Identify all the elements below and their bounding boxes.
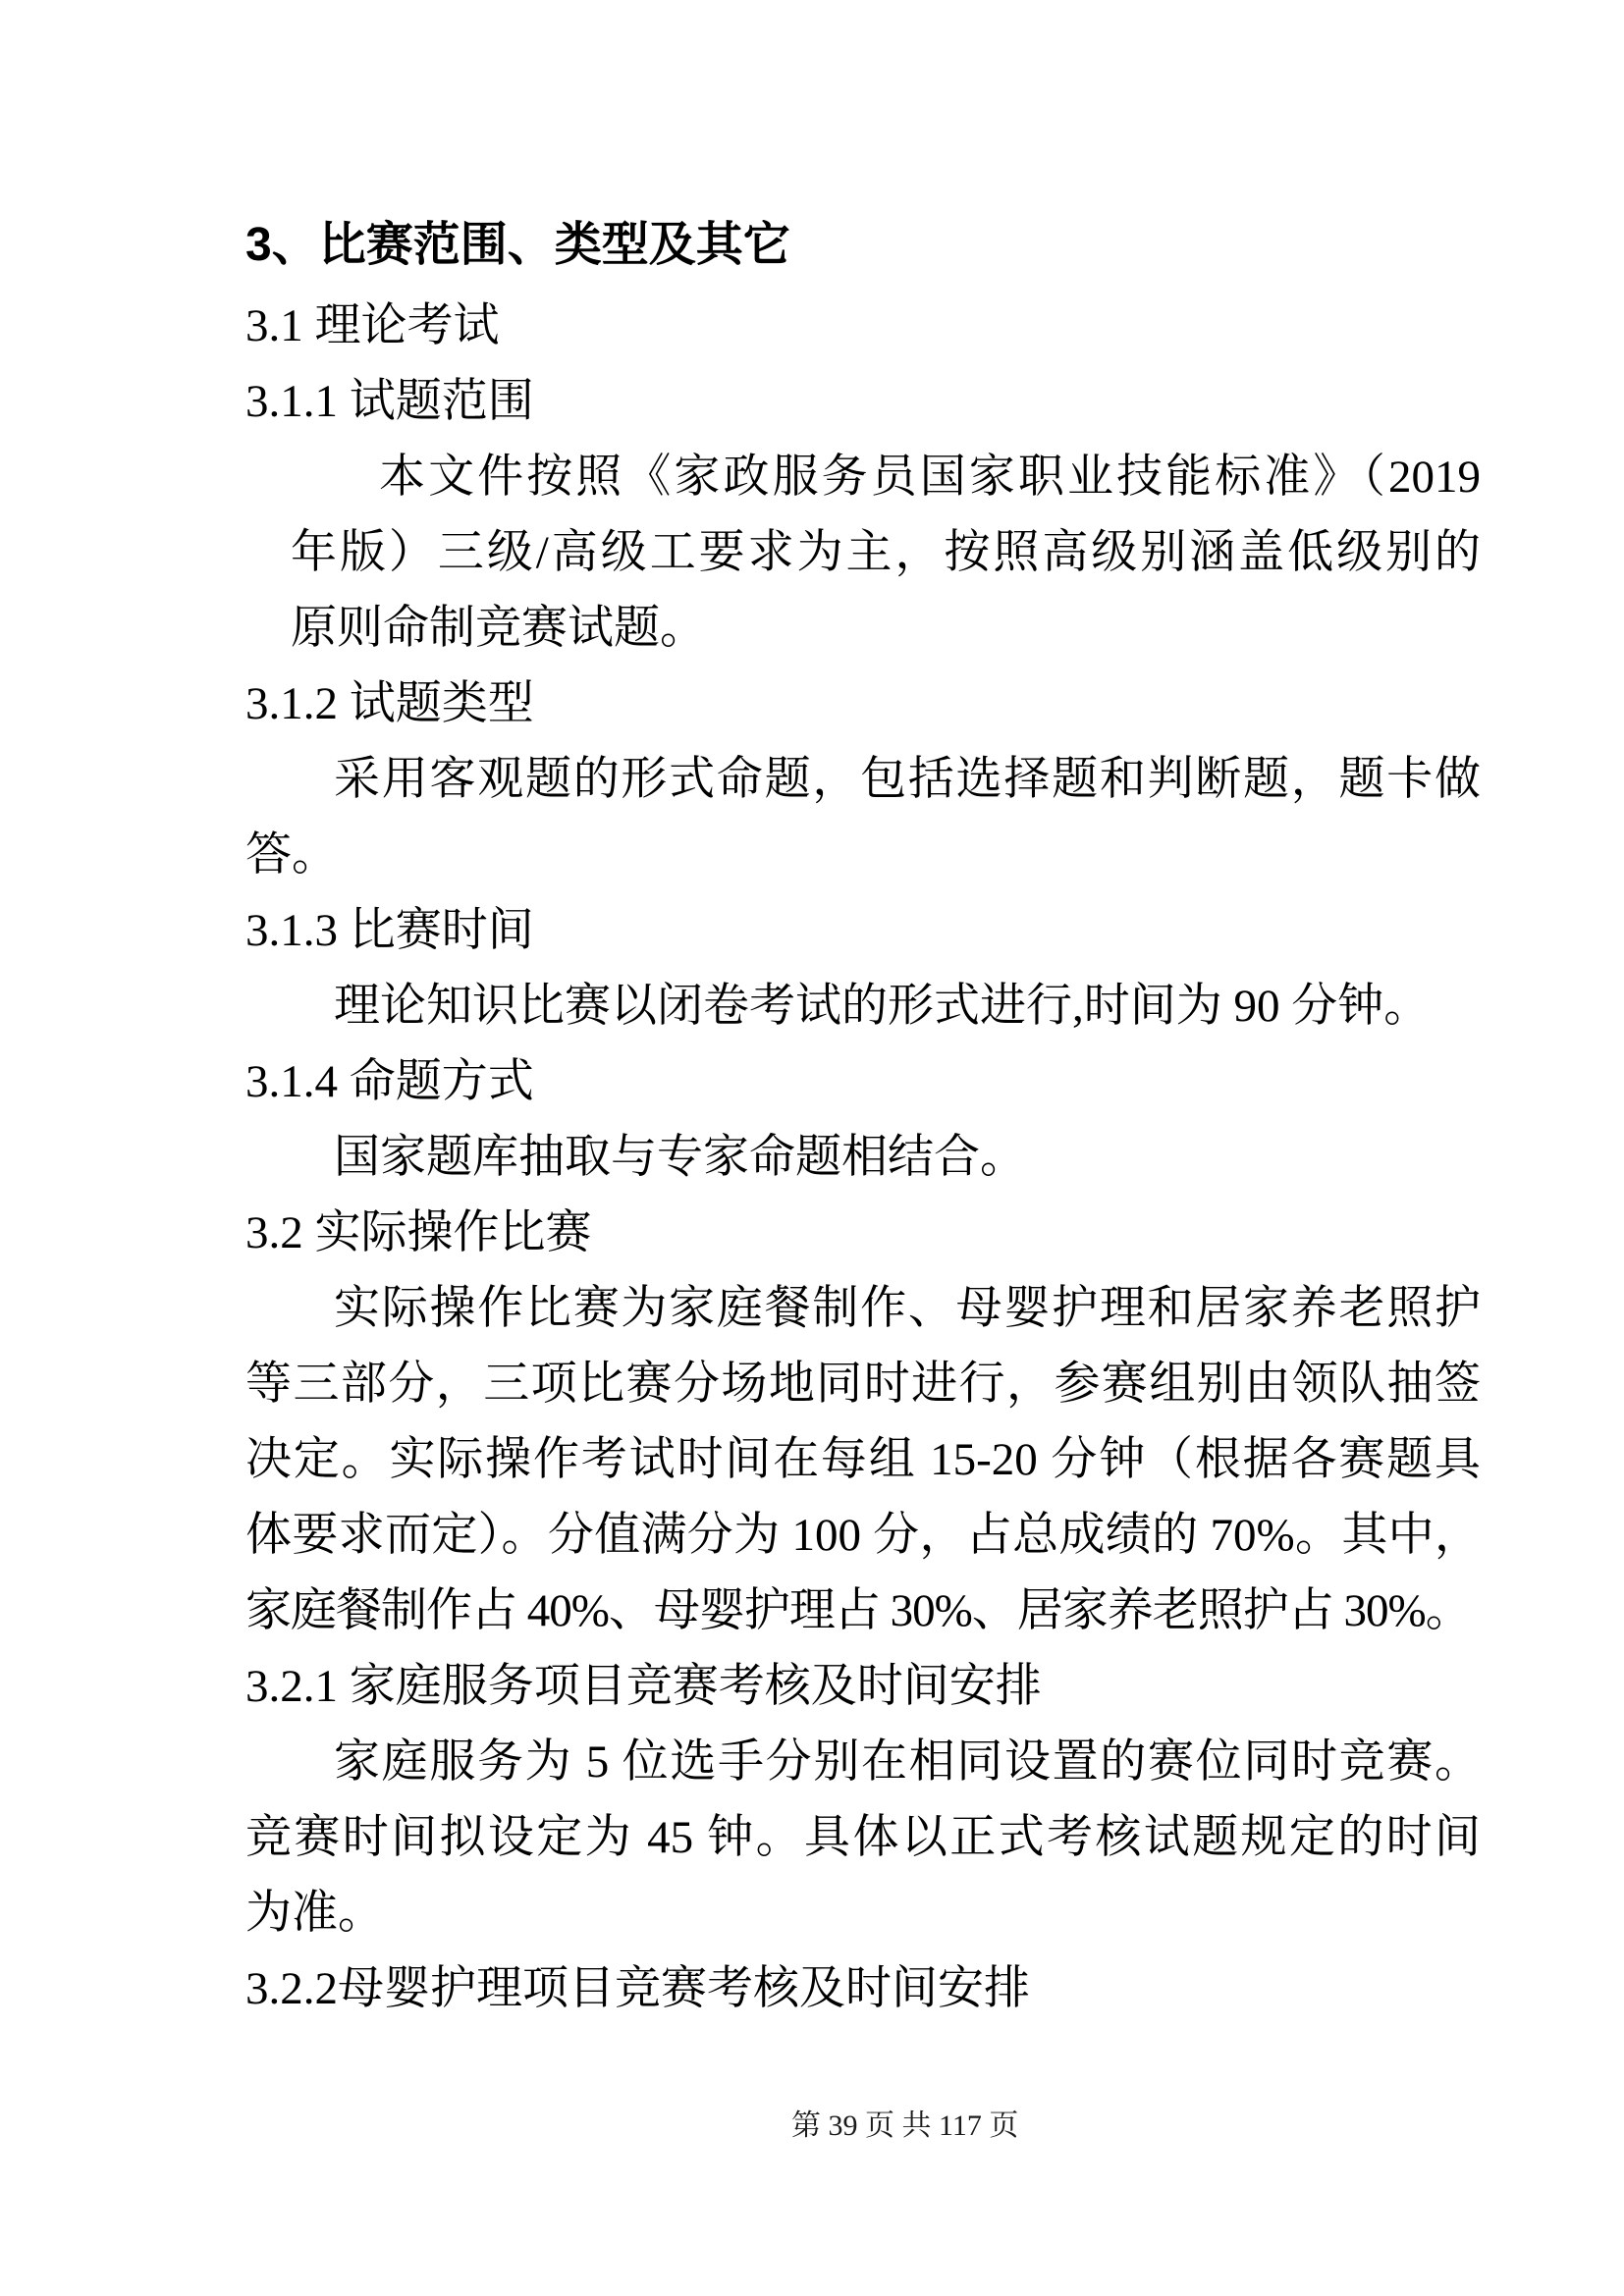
paragraph-line: 本文件按照《家政服务员国家职业技能标准》（2019 — [245, 440, 1481, 515]
document-page: 3、比赛范围、类型及其它 3.1 理论考试 3.1.1 试题范围 本文件按照《家… — [0, 0, 1624, 2296]
paragraph-line: 等三部分，三项比赛分场地同时进行，参赛组别由领队抽签 — [245, 1347, 1481, 1422]
paragraph-line: 决定。实际操作考试时间在每组 15-20 分钟（根据各赛题具 — [245, 1422, 1481, 1498]
section-heading-3-1-2: 3.1.2 试题类型 — [245, 667, 1481, 742]
paragraph-line: 竞赛时间拟设定为 45 钟。具体以正式考核试题规定的时间 — [245, 1800, 1481, 1876]
paragraph-line: 实际操作比赛为家庭餐制作、母婴护理和居家养老照护 — [245, 1271, 1481, 1347]
paragraph-line: 为准。 — [245, 1876, 1481, 1951]
paragraph-line: 原则命制竞赛试题。 — [245, 591, 1481, 667]
page-title: 3、比赛范围、类型及其它 — [245, 206, 1481, 289]
paragraph-line: 年版）三级/高级工要求为主，按照高级别涵盖低级别的 — [245, 515, 1481, 591]
section-heading-3-1-1: 3.1.1 试题范围 — [245, 364, 1481, 440]
paragraph-line: 家庭餐制作占 40%、母婴护理占 30%、居家养老照护占 30%。 — [245, 1574, 1481, 1649]
section-heading-3-1-4: 3.1.4 命题方式 — [245, 1044, 1481, 1120]
paragraph-line: 采用客观题的形式命题，包括选择题和判断题，题卡做 — [245, 742, 1481, 818]
document-body: 3、比赛范围、类型及其它 3.1 理论考试 3.1.1 试题范围 本文件按照《家… — [245, 206, 1481, 2027]
section-heading-3-1: 3.1 理论考试 — [245, 289, 1481, 364]
paragraph-line: 国家题库抽取与专家命题相结合。 — [245, 1120, 1481, 1196]
paragraph-line: 体要求而定）。分值满分为 100 分，占总成绩的 70%。其中， — [245, 1498, 1481, 1574]
section-heading-3-1-3: 3.1.3 比赛时间 — [245, 893, 1481, 969]
section-heading-3-2-2: 3.2.2母婴护理项目竞赛考核及时间安排 — [245, 1951, 1481, 2027]
paragraph-line: 理论知识比赛以闭卷考试的形式进行,时间为 90 分钟。 — [245, 969, 1481, 1044]
page-number-footer: 第 39 页 共 117 页 — [791, 2109, 1018, 2144]
section-heading-3-2-1: 3.2.1 家庭服务项目竞赛考核及时间安排 — [245, 1649, 1481, 1725]
paragraph-line: 家庭服务为 5 位选手分别在相同设置的赛位同时竞赛。 — [245, 1725, 1481, 1800]
paragraph-line: 答。 — [245, 818, 1481, 893]
section-heading-3-2: 3.2 实际操作比赛 — [245, 1196, 1481, 1271]
